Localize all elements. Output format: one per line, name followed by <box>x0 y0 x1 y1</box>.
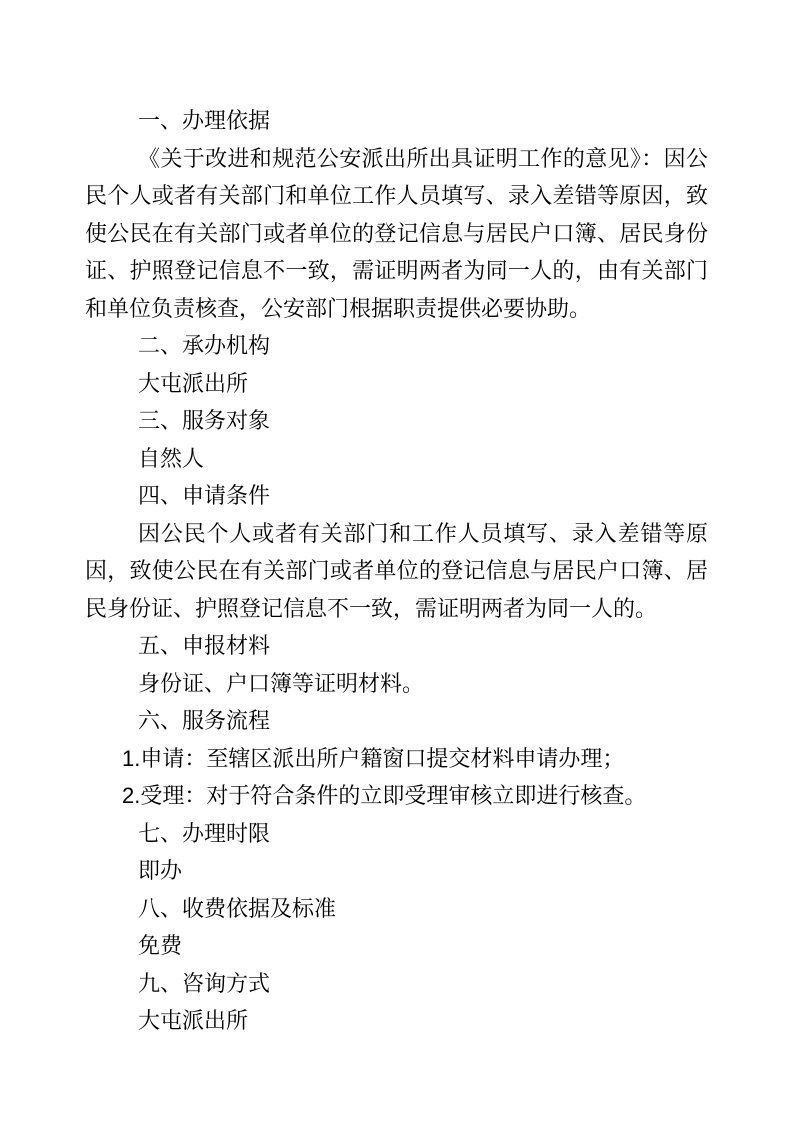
paragraph: 自然人 <box>85 440 708 478</box>
list-item: 2.受理：对于符合条件的立即受理审核立即进行核查。 <box>85 777 708 815</box>
paragraph: 大屯派出所 <box>85 365 708 403</box>
paragraph: 即办 <box>85 852 708 890</box>
paragraph: 大屯派出所 <box>85 1002 708 1040</box>
section-heading: 二、承办机构 <box>85 327 708 365</box>
paragraph: 《关于改进和规范公安派出所出具证明工作的意见》：因公民个人或者有关部门和单位工作… <box>85 140 708 328</box>
document-page: 一、办理依据《关于改进和规范公安派出所出具证明工作的意见》：因公民个人或者有关部… <box>0 0 793 1122</box>
paragraph: 免费 <box>85 927 708 965</box>
section-heading: 六、服务流程 <box>85 702 708 740</box>
paragraph: 因公民个人或者有关部门和工作人员填写、录入差错等原因，致使公民在有关部门或者单位… <box>85 515 708 628</box>
section-heading: 九、咨询方式 <box>85 965 708 1003</box>
section-heading: 五、申报材料 <box>85 627 708 665</box>
section-heading: 八、收费依据及标准 <box>85 890 708 928</box>
section-heading: 一、办理依据 <box>85 102 708 140</box>
section-heading: 四、申请条件 <box>85 477 708 515</box>
section-heading: 七、办理时限 <box>85 815 708 853</box>
document-body: 一、办理依据《关于改进和规范公安派出所出具证明工作的意见》：因公民个人或者有关部… <box>85 102 708 1040</box>
paragraph: 身份证、户口簿等证明材料。 <box>85 665 708 703</box>
list-item: 1.申请：至辖区派出所户籍窗口提交材料申请办理； <box>85 740 708 778</box>
section-heading: 三、服务对象 <box>85 402 708 440</box>
